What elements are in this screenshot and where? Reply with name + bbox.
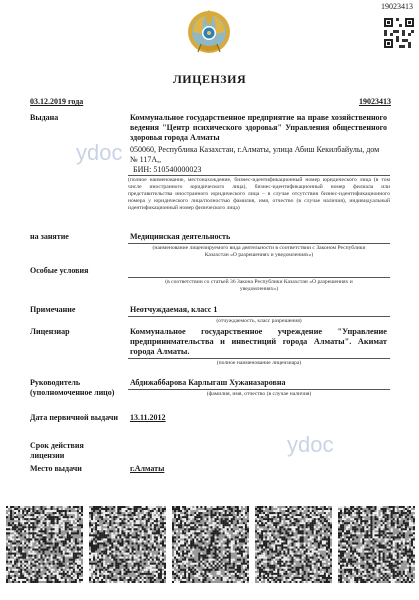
divider xyxy=(128,243,390,244)
head-label-line2: (уполномоченное лицо) xyxy=(30,388,114,398)
head-label: Руководитель (уполномоченное лицо) xyxy=(30,378,114,398)
issued-to-note: (полное наименование, местонахождение, б… xyxy=(128,177,390,212)
2d-barcode-icon xyxy=(172,506,249,583)
head-note: (фамилия, имя, отчество (в случае наличи… xyxy=(128,391,390,398)
first-issue-label: Дата первичной выдачи xyxy=(30,413,118,423)
license-number: 19023413 xyxy=(359,97,391,106)
issue-date: 03.12.2019 года xyxy=(30,97,83,106)
activity-value: Медицинская деятельность xyxy=(130,232,387,242)
licensor-label: Лицензиар xyxy=(30,327,70,337)
validity-label-line2: лицензии xyxy=(30,451,84,461)
bottom-barcodes xyxy=(6,506,416,583)
top-document-number: 19023413 xyxy=(381,2,413,11)
head-label-line1: Руководитель xyxy=(30,378,114,388)
licensor-value: Коммунальное государственное учреждение … xyxy=(130,327,387,357)
special-conditions-note: (в соответствии со статьей 36 Закона Рес… xyxy=(128,279,390,293)
2d-barcode-icon xyxy=(338,506,415,583)
qr-code-icon xyxy=(384,18,414,48)
divider xyxy=(128,389,390,390)
document-title: ЛИЦЕНЗИЯ xyxy=(0,72,419,87)
activity-note: (наименование лицензируемого вида деятел… xyxy=(128,245,390,259)
validity-label: Срок действия лицензии xyxy=(30,441,84,461)
remark-note: (отчуждаемость, класс разрешения) xyxy=(128,318,390,325)
2d-barcode-icon xyxy=(89,506,166,583)
issued-to-label: Выдана xyxy=(30,113,58,123)
validity-label-line1: Срок действия xyxy=(30,441,84,451)
watermark: ydoc xyxy=(287,432,333,458)
licensor-note: (полное наименование лицензиара) xyxy=(128,360,390,367)
head-value: Абдижаббарова Карлыгаш Хужаназаровна xyxy=(130,378,387,388)
kazakhstan-state-emblem-icon xyxy=(185,8,233,56)
divider xyxy=(128,175,390,176)
remark-label: Примечание xyxy=(30,305,75,315)
2d-barcode-icon xyxy=(255,506,332,583)
issued-to-bin: БИН: 510540000023 xyxy=(133,165,390,175)
issued-to-name: Коммунальное государственное предприятие… xyxy=(130,113,387,143)
divider xyxy=(128,277,390,278)
place-label: Место выдачи xyxy=(30,464,82,474)
divider xyxy=(128,358,390,359)
2d-barcode-icon xyxy=(6,506,83,583)
divider xyxy=(128,316,390,317)
place-value: г.Алматы xyxy=(130,464,387,474)
issued-to-address: 050060, Республика Казахстан, г.Алматы, … xyxy=(130,145,385,165)
first-issue-value: 13.11.2012 xyxy=(130,413,387,423)
watermark: ydoc xyxy=(76,140,122,166)
activity-label: на занятие xyxy=(30,232,69,242)
remark-value: Неотчуждаемая, класс 1 xyxy=(130,305,387,315)
special-conditions-label: Особые условия xyxy=(30,266,88,276)
